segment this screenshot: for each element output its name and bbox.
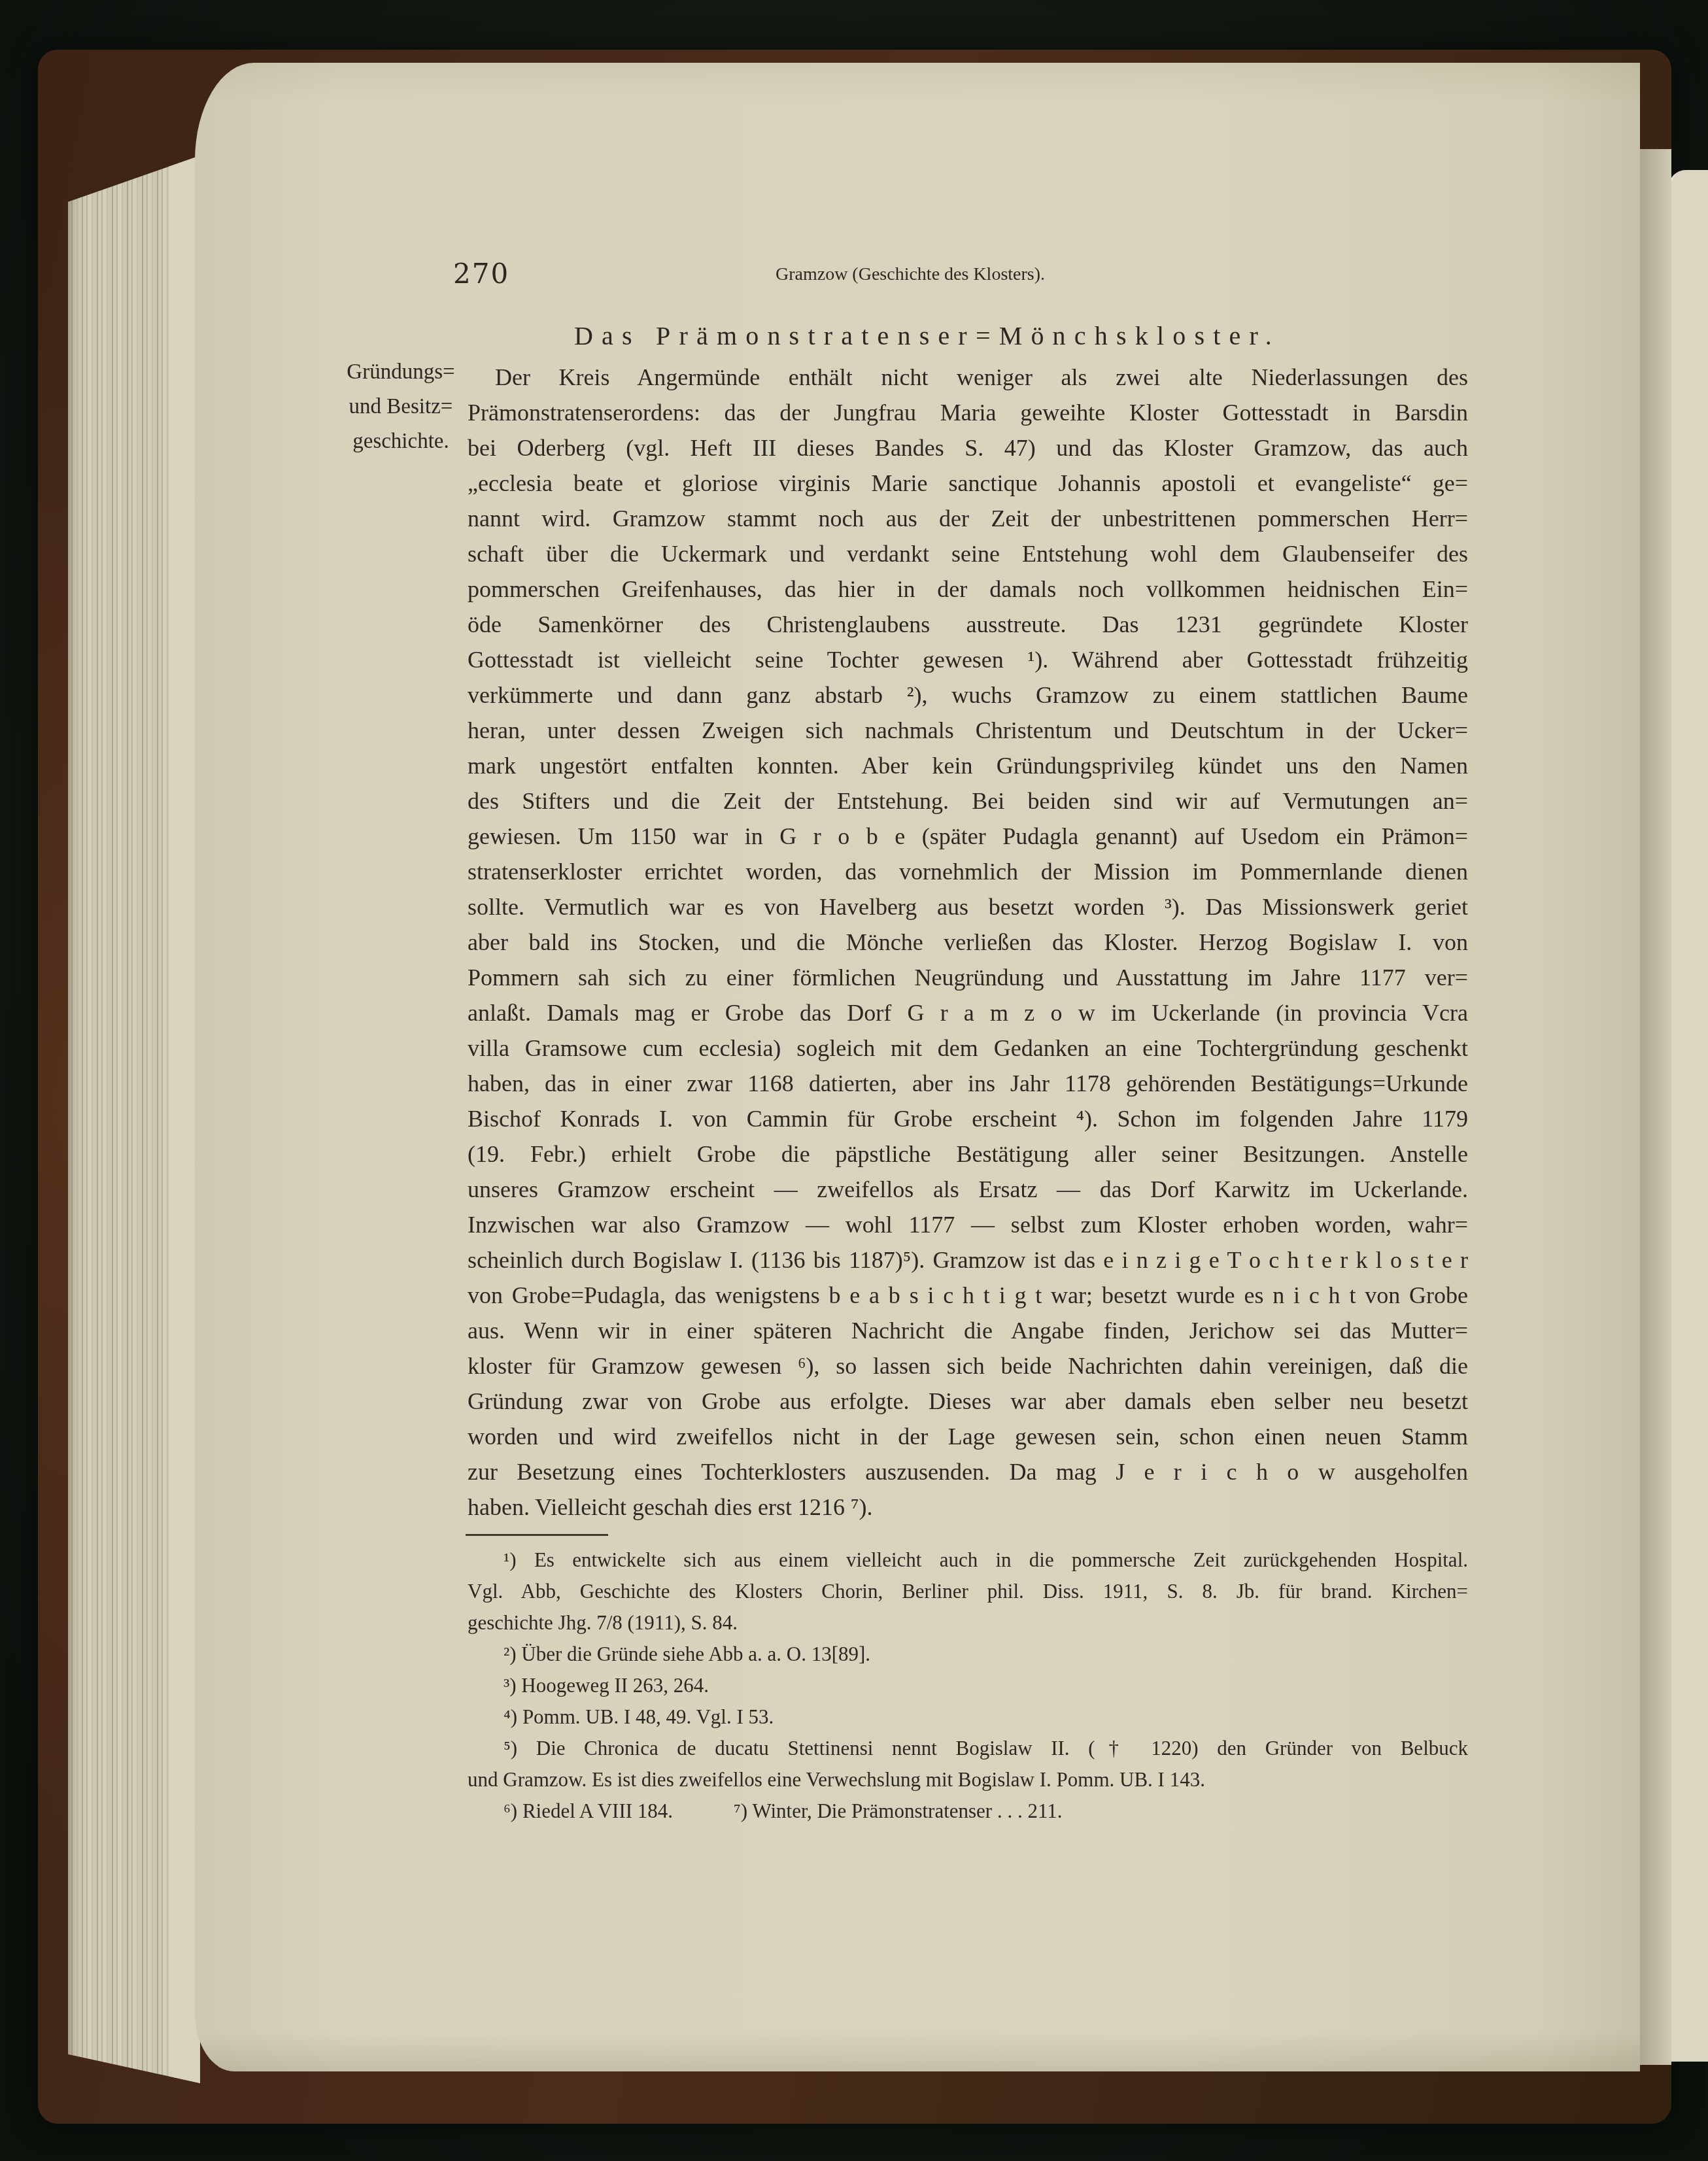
body-line-17: aber bald ins Stocken, und die Mönche ve… <box>468 925 1468 960</box>
body-line-15: stratenserkloster errichtet worden, das … <box>468 854 1468 889</box>
body-line-30: Gründung zwar von Grobe aus erfolgte. Di… <box>468 1384 1468 1419</box>
body-line-1: Der Kreis Angermünde enthält nicht wenig… <box>468 360 1468 395</box>
body-line-25: Inzwischen war also Gramzow — wohl 1177 … <box>468 1207 1468 1242</box>
body-line-10: verkümmerte und dann ganz abstarb ²), wu… <box>468 677 1468 713</box>
body-line-2: Prämonstratenserordens: das der Jungfrau… <box>468 395 1468 430</box>
fn-line-3: geschichte Jhg. 7/8 (1911), S. 84. <box>468 1607 1468 1639</box>
body-line-4: „ecclesia beate et gloriose virginis Mar… <box>468 466 1468 501</box>
margin-note: Gründungs=und Besitz=geschichte. <box>319 355 483 459</box>
margin-line-2: und Besitz= <box>319 390 483 424</box>
body-line-20: villa Gramsowe cum ecclesia) sogleich mi… <box>468 1030 1468 1066</box>
footnote-separator <box>466 1534 608 1536</box>
body-line-3: bei Oderberg (vgl. Heft III dieses Bande… <box>468 430 1468 466</box>
body-line-27: von Grobe=Pudagla, das wenigstens b e a … <box>468 1278 1468 1313</box>
margin-line-3: geschichte. <box>319 424 483 459</box>
page-number: 270 <box>453 258 509 290</box>
fn-line-6: ⁴) Pomm. UB. I 48, 49. Vgl. I 53. <box>468 1701 1468 1733</box>
section-heading: Das Prämonstratenser=Mönchskloster. <box>430 320 1424 351</box>
body-line-7: pommerschen Greifenhauses, das hier in d… <box>468 571 1468 607</box>
body-line-12: mark ungestört entfalten konnten. Aber k… <box>468 748 1468 783</box>
body-line-22: Bischof Konrads I. von Cammin für Grobe … <box>468 1101 1468 1136</box>
body-text: Der Kreis Angermünde enthält nicht wenig… <box>468 360 1468 1525</box>
fn-line-7: ⁵) Die Chronica de ducatu Stettinensi ne… <box>468 1733 1468 1764</box>
body-line-13: des Stifters und die Zeit der Entstehung… <box>468 783 1468 819</box>
body-line-26: scheinlich durch Bogislaw I. (1136 bis 1… <box>468 1242 1468 1278</box>
fn-line-9: ⁶) Riedel A VIII 184. ⁷) Winter, Die Prä… <box>468 1795 1468 1827</box>
running-header: Gramzow (Geschichte des Klosters). <box>649 264 1172 285</box>
body-line-5: nannt wird. Gramzow stammt noch aus der … <box>468 501 1468 536</box>
body-line-32: zur Besetzung eines Tochterklosters ausz… <box>468 1454 1468 1489</box>
body-line-19: anlaßt. Damals mag er Grobe das Dorf G r… <box>468 995 1468 1030</box>
body-line-29: kloster für Gramzow gewesen ⁶), so lasse… <box>468 1348 1468 1384</box>
book-page: 270 Gramzow (Geschichte des Klosters). D… <box>195 63 1640 2071</box>
footnotes: ¹) Es entwickelte sich aus einem viellei… <box>468 1544 1468 1827</box>
body-line-9: Gottesstadt ist vielleicht seine Tochter… <box>468 642 1468 677</box>
body-line-8: öde Samenkörner des Christenglaubens aus… <box>468 607 1468 642</box>
body-line-11: heran, unter dessen Zweigen sich nachmal… <box>468 713 1468 748</box>
body-line-31: worden und wird zweifellos nicht in der … <box>468 1419 1468 1454</box>
fn-line-2: Vgl. Abb, Geschichte des Klosters Chorin… <box>468 1576 1468 1607</box>
body-line-23: (19. Febr.) erhielt Grobe die päpstliche… <box>468 1136 1468 1172</box>
body-line-14: gewiesen. Um 1150 war in G r o b e (spät… <box>468 819 1468 854</box>
body-line-33: haben. Vielleicht geschah dies erst 1216… <box>468 1489 1468 1525</box>
underlying-page-edge <box>1669 170 1708 2062</box>
body-line-24: unseres Gramzow erscheint — zweifellos a… <box>468 1172 1468 1207</box>
fn-line-8: und Gramzow. Es ist dies zweifellos eine… <box>468 1764 1468 1795</box>
fn-line-5: ³) Hoogeweg II 263, 264. <box>468 1670 1468 1701</box>
body-line-18: Pommern sah sich zu einer förmlichen Neu… <box>468 960 1468 995</box>
body-line-28: aus. Wenn wir in einer späteren Nachrich… <box>468 1313 1468 1348</box>
margin-line-1: Gründungs= <box>319 355 483 390</box>
body-line-21: haben, das in einer zwar 1168 datierten,… <box>468 1066 1468 1101</box>
fn-line-4: ²) Über die Gründe siehe Abb a. a. O. 13… <box>468 1639 1468 1670</box>
body-line-16: sollte. Vermutlich war es von Havelberg … <box>468 889 1468 925</box>
fn-line-1: ¹) Es entwickelte sich aus einem viellei… <box>468 1544 1468 1576</box>
background-felt: 270 Gramzow (Geschichte des Klosters). D… <box>0 0 1708 2161</box>
body-line-6: schaft über die Uckermark und verdankt s… <box>468 536 1468 571</box>
page-edge-stack <box>68 156 200 2083</box>
